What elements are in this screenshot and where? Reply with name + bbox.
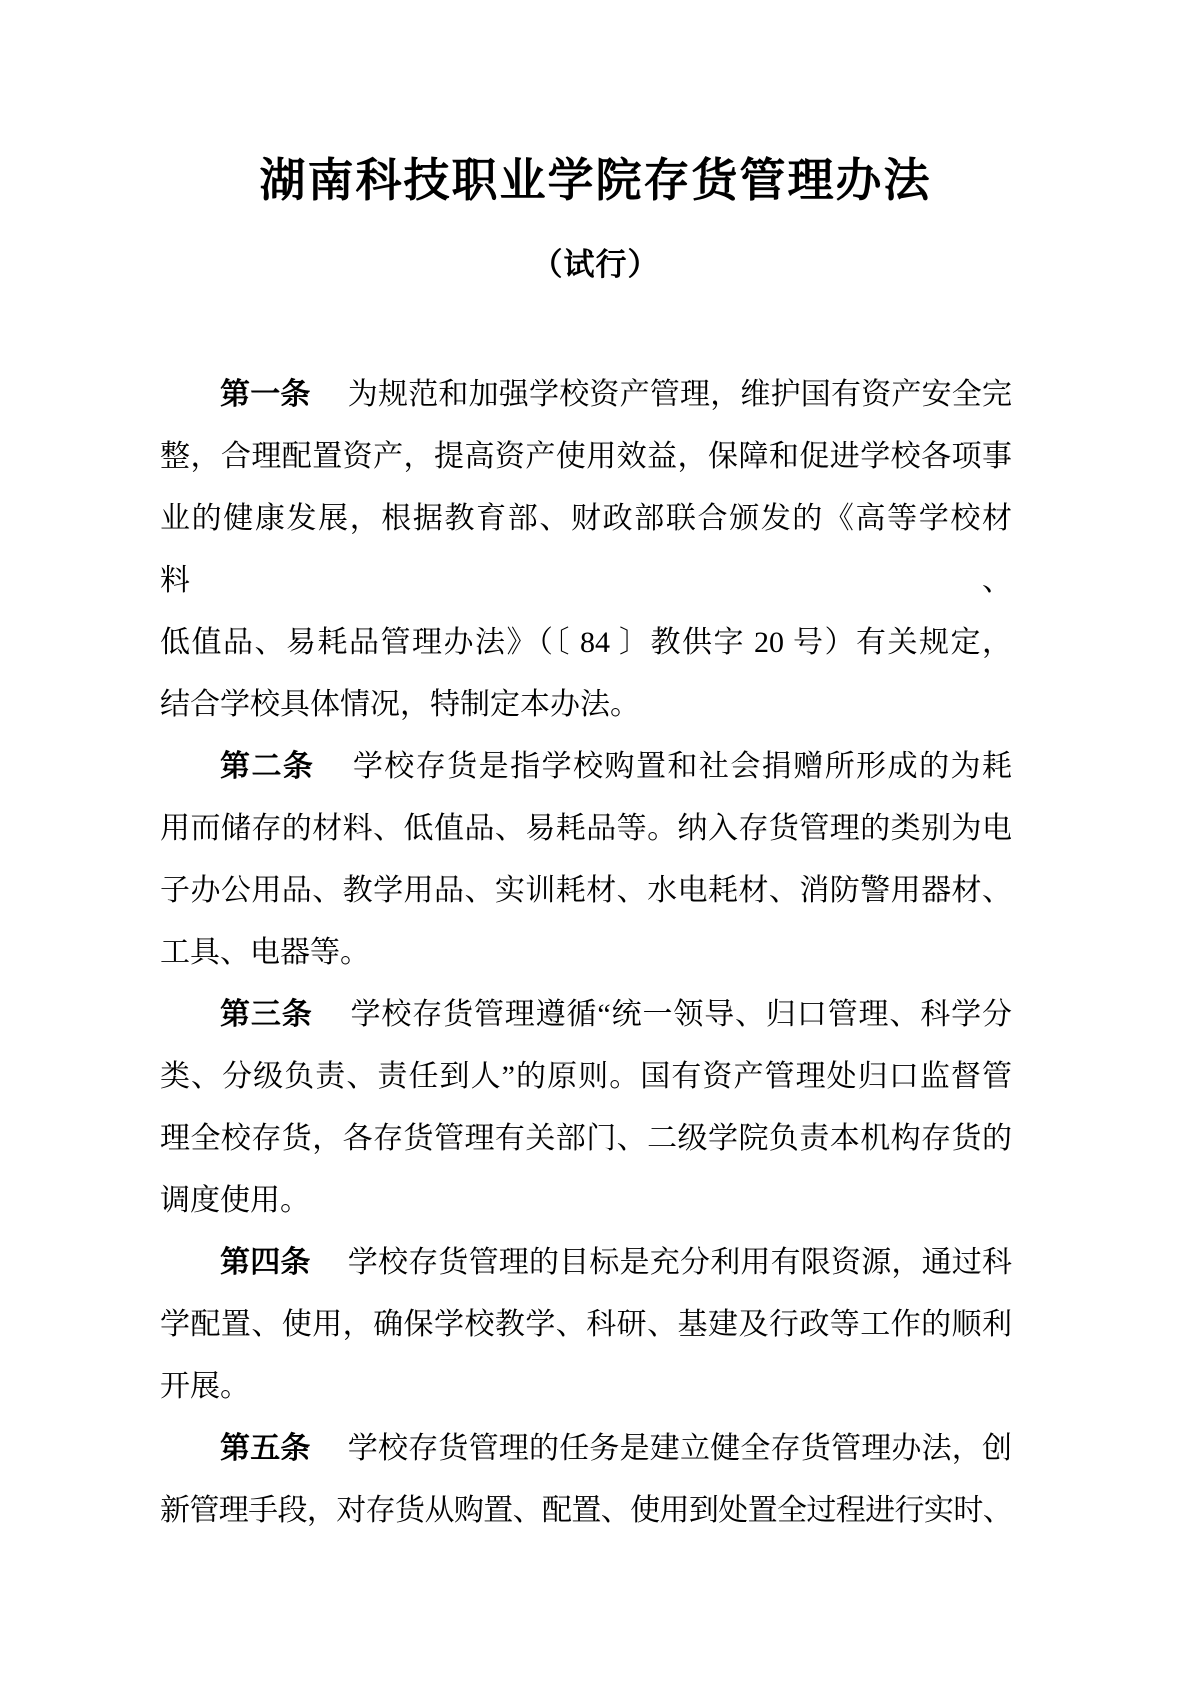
article-4-line-2: 学配置、使用，确保学校教学、科研、基建及行政等工作的顺利 <box>160 1294 1012 1356</box>
article-1-line-1: 第一条为规范和加强学校资产管理，维护国有资产安全完 <box>160 364 1012 426</box>
article-2-line-2: 用而储存的材料、低值品、易耗品等。纳入存货管理的类别为电 <box>160 798 1012 860</box>
article-1-line-1-text: 为规范和加强学校资产管理，维护国有资产安全完 <box>348 378 1012 411</box>
article-4-marker: 第四条 <box>220 1246 311 1279</box>
article-1-marker: 第一条 <box>220 378 311 411</box>
document-title: 湖南科技职业学院存货管理办法 <box>0 150 1191 212</box>
article-5-marker: 第五条 <box>220 1432 311 1465</box>
document-page: 湖南科技职业学院存货管理办法 （试行） 第一条为规范和加强学校资产管理，维护国有… <box>0 0 1191 1684</box>
article-5-line-1-text: 学校存货管理的任务是建立健全存货管理办法，创 <box>348 1432 1012 1465</box>
article-2: 第二条学校存货是指学校购置和社会捐赠所形成的为耗 用而储存的材料、低值品、易耗品… <box>160 736 1012 984</box>
article-5-line-2: 新管理手段，对存货从购置、配置、使用到处置全过程进行实时、 <box>160 1480 1012 1542</box>
article-5-line-1: 第五条学校存货管理的任务是建立健全存货管理办法，创 <box>160 1418 1012 1480</box>
article-1-line-2: 整，合理配置资产，提高资产使用效益，保障和促进学校各项事 <box>160 426 1012 488</box>
article-3: 第三条学校存货管理遵循“统一领导、归口管理、科学分 类、分级负责、责任到人”的原… <box>160 984 1012 1232</box>
article-1-line-3: 业的健康发展，根据教育部、财政部联合颁发的《高等学校材料、 <box>160 488 1012 612</box>
article-2-line-1-text: 学校存货是指学校购置和社会捐赠所形成的为耗 <box>351 750 1012 783</box>
article-3-line-1: 第三条学校存货管理遵循“统一领导、归口管理、科学分 <box>160 984 1012 1046</box>
article-2-line-1: 第二条学校存货是指学校购置和社会捐赠所形成的为耗 <box>160 736 1012 798</box>
article-3-line-2: 类、分级负责、责任到人”的原则。国有资产管理处归口监督管 <box>160 1046 1012 1108</box>
article-4-line-1: 第四条学校存货管理的目标是充分利用有限资源，通过科 <box>160 1232 1012 1294</box>
article-4-line-1-text: 学校存货管理的目标是充分利用有限资源，通过科 <box>348 1246 1012 1279</box>
article-1: 第一条为规范和加强学校资产管理，维护国有资产安全完 整，合理配置资产，提高资产使… <box>160 364 1012 736</box>
article-4-line-3: 开展。 <box>160 1356 1012 1418</box>
article-2-line-4: 工具、电器等。 <box>160 922 1012 984</box>
article-1-line-4: 低值品、易耗品管理办法》（〔 84 〕教供字 20 号）有关规定， <box>160 612 1012 674</box>
article-2-marker: 第二条 <box>220 750 314 783</box>
article-3-marker: 第三条 <box>220 998 313 1031</box>
document-subtitle: （试行） <box>0 242 1191 288</box>
article-2-line-3: 子办公用品、教学用品、实训耗材、水电耗材、消防警用器材、 <box>160 860 1012 922</box>
document-body: 第一条为规范和加强学校资产管理，维护国有资产安全完 整，合理配置资产，提高资产使… <box>160 364 1012 1542</box>
article-1-line-5: 结合学校具体情况，特制定本办法。 <box>160 674 1012 736</box>
article-4: 第四条学校存货管理的目标是充分利用有限资源，通过科 学配置、使用，确保学校教学、… <box>160 1232 1012 1418</box>
article-3-line-4: 调度使用。 <box>160 1170 1012 1232</box>
article-5: 第五条学校存货管理的任务是建立健全存货管理办法，创 新管理手段，对存货从购置、配… <box>160 1418 1012 1542</box>
article-3-line-3: 理全校存货，各存货管理有关部门、二级学院负责本机构存货的 <box>160 1108 1012 1170</box>
article-3-line-1-text: 学校存货管理遵循“统一领导、归口管理、科学分 <box>350 998 1012 1031</box>
